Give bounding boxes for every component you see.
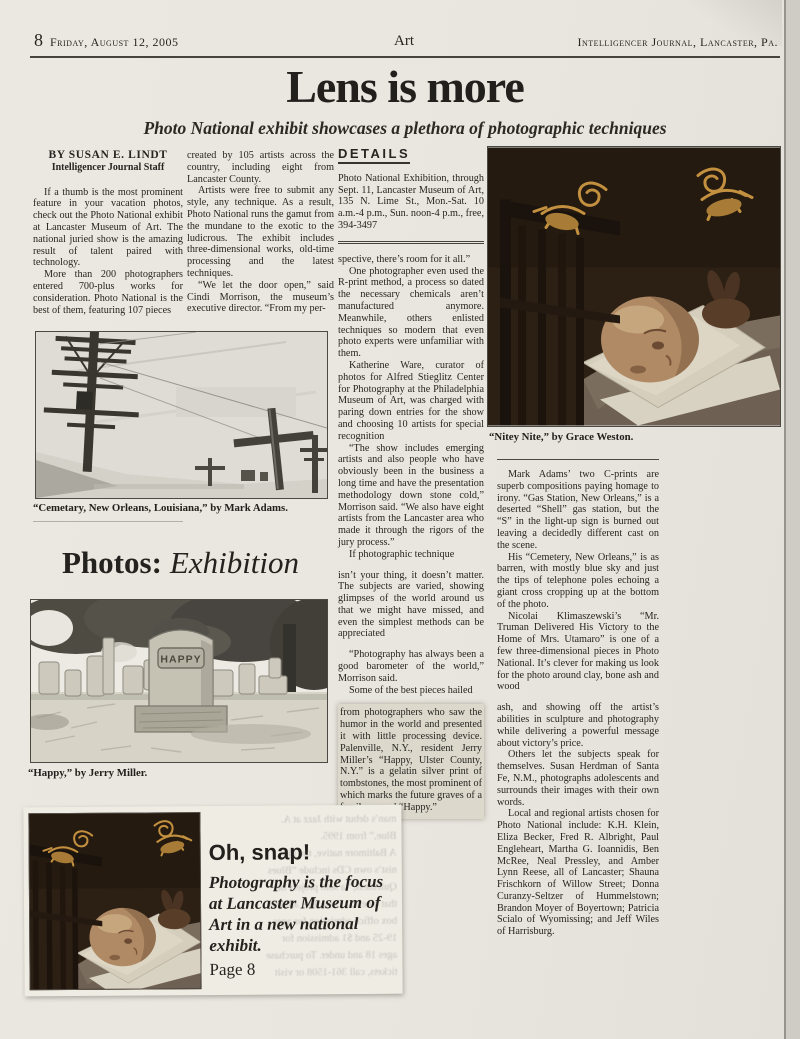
promo-body: Photography is the focus at Lancaster Mu… <box>209 871 398 956</box>
photos-exhibition-heading: Photos:Exhibition <box>62 545 299 581</box>
masthead-paper-name: Intelligencer Journal, Lancaster, Pa. <box>578 35 779 50</box>
heading-italic: Exhibition <box>170 545 299 580</box>
masthead-rule <box>30 56 780 58</box>
poles-photo <box>35 331 328 499</box>
details-body: Photo National Exhibition, through Sept.… <box>338 173 484 232</box>
details-box: DETAILS Photo National Exhibition, throu… <box>338 148 484 244</box>
article-paragraph: Others let the subjects speak for themse… <box>497 749 659 808</box>
promo-foreground: Oh, snap! Photography is the focus at La… <box>208 811 397 980</box>
happy-photo-art: HAPPY <box>31 600 327 762</box>
heading-lead: Photos: <box>62 545 162 580</box>
article-column-1: BY SUSAN E. LINDT Intelligencer Journal … <box>33 150 183 316</box>
clipping-seam <box>497 693 659 702</box>
promo-title: Oh, snap! <box>209 839 397 866</box>
article-paragraph: Local and regional artists chosen for Ph… <box>497 808 659 938</box>
newspaper-page: 8Friday, August 12, 2005 Art Intelligenc… <box>0 0 786 1039</box>
column-rule <box>497 459 659 460</box>
byline: BY SUSAN E. LINDT Intelligencer Journal … <box>33 150 183 174</box>
nitey-nite-photo-art <box>488 147 780 426</box>
article-paragraph: If photographic technique <box>338 549 484 561</box>
promo-clipping-photo <box>28 812 201 990</box>
article-subheadline: Photo National exhibit showcases a pleth… <box>30 118 780 139</box>
article-paragraph: One photographer even used the R-print m… <box>338 266 484 360</box>
clipping-seam <box>338 561 484 570</box>
article-column-2: created by 105 artists across the countr… <box>187 150 334 315</box>
poles-photo-art <box>36 332 327 498</box>
happy-tombstone-label: HAPPY <box>160 654 201 666</box>
poles-caption: “Cemetary, New Orleans, Louisiana,” by M… <box>33 502 333 514</box>
article-column-3: DETAILS Photo National Exhibition, throu… <box>338 148 484 819</box>
details-rule <box>338 241 484 244</box>
article-paragraph: Mark Adams’ two C-prints are superb comp… <box>497 469 659 552</box>
article-paragraph: Nicolai Klimaszewski’s “Mr. Truman Deliv… <box>497 611 659 694</box>
article-paragraph: “The show includes emerging artists and … <box>338 443 484 549</box>
pasted-clipping-block: from photographers who saw the humor in … <box>338 704 484 818</box>
nitey-caption: “Nitey Nite,” by Grace Weston. <box>489 431 781 443</box>
article-paragraph: spective, there’s room for it all.” <box>338 254 484 266</box>
byline-author: BY SUSAN E. LINDT <box>33 150 183 162</box>
article-paragraph: from photographers who saw the humor in … <box>340 707 482 813</box>
article-paragraph: “Photography has always been a good baro… <box>338 649 484 684</box>
happy-photo: HAPPY <box>30 599 328 763</box>
article-paragraph: isn’t your thing, it doesn’t matter. The… <box>338 570 484 641</box>
article-headline: Lens is more <box>30 60 780 113</box>
article-paragraph: If a thumb is the most prominent feature… <box>33 187 183 270</box>
masthead: 8Friday, August 12, 2005 Art Intelligenc… <box>30 30 778 54</box>
article-paragraph: His “Cemetery, New Orleans,” is as barre… <box>497 552 659 611</box>
article-paragraph: “We let the door open,” said Cindi Morri… <box>187 280 334 315</box>
heading-rule <box>33 521 183 522</box>
promo-clipping-text: man’s debut with Jazz at A. Blue,” from … <box>208 811 397 989</box>
article-paragraph: Some of the best pieces hailed <box>338 685 484 697</box>
article-paragraph: Artists were free to submit any style, a… <box>187 185 334 279</box>
promo-clipping: man’s debut with Jazz at A. Blue,” from … <box>23 805 402 997</box>
details-heading: DETAILS <box>338 148 410 164</box>
article-paragraph: ash, and showing off the artist’s abilit… <box>497 702 659 749</box>
clipping-seam <box>338 640 484 649</box>
article-paragraph: Katherine Ware, curator of photos for Al… <box>338 360 484 443</box>
byline-title: Intelligencer Journal Staff <box>33 162 183 174</box>
happy-caption: “Happy,” by Jerry Miller. <box>28 767 328 779</box>
promo-page-ref: Page 8 <box>209 959 397 980</box>
nitey-nite-photo <box>487 146 781 427</box>
article-paragraph: More than 200 photographers entered 700-… <box>33 269 183 316</box>
article-paragraph: created by 105 artists across the countr… <box>187 150 334 185</box>
article-column-right: Mark Adams’ two C-prints are superb comp… <box>497 459 659 938</box>
promo-photo-art <box>29 813 200 989</box>
